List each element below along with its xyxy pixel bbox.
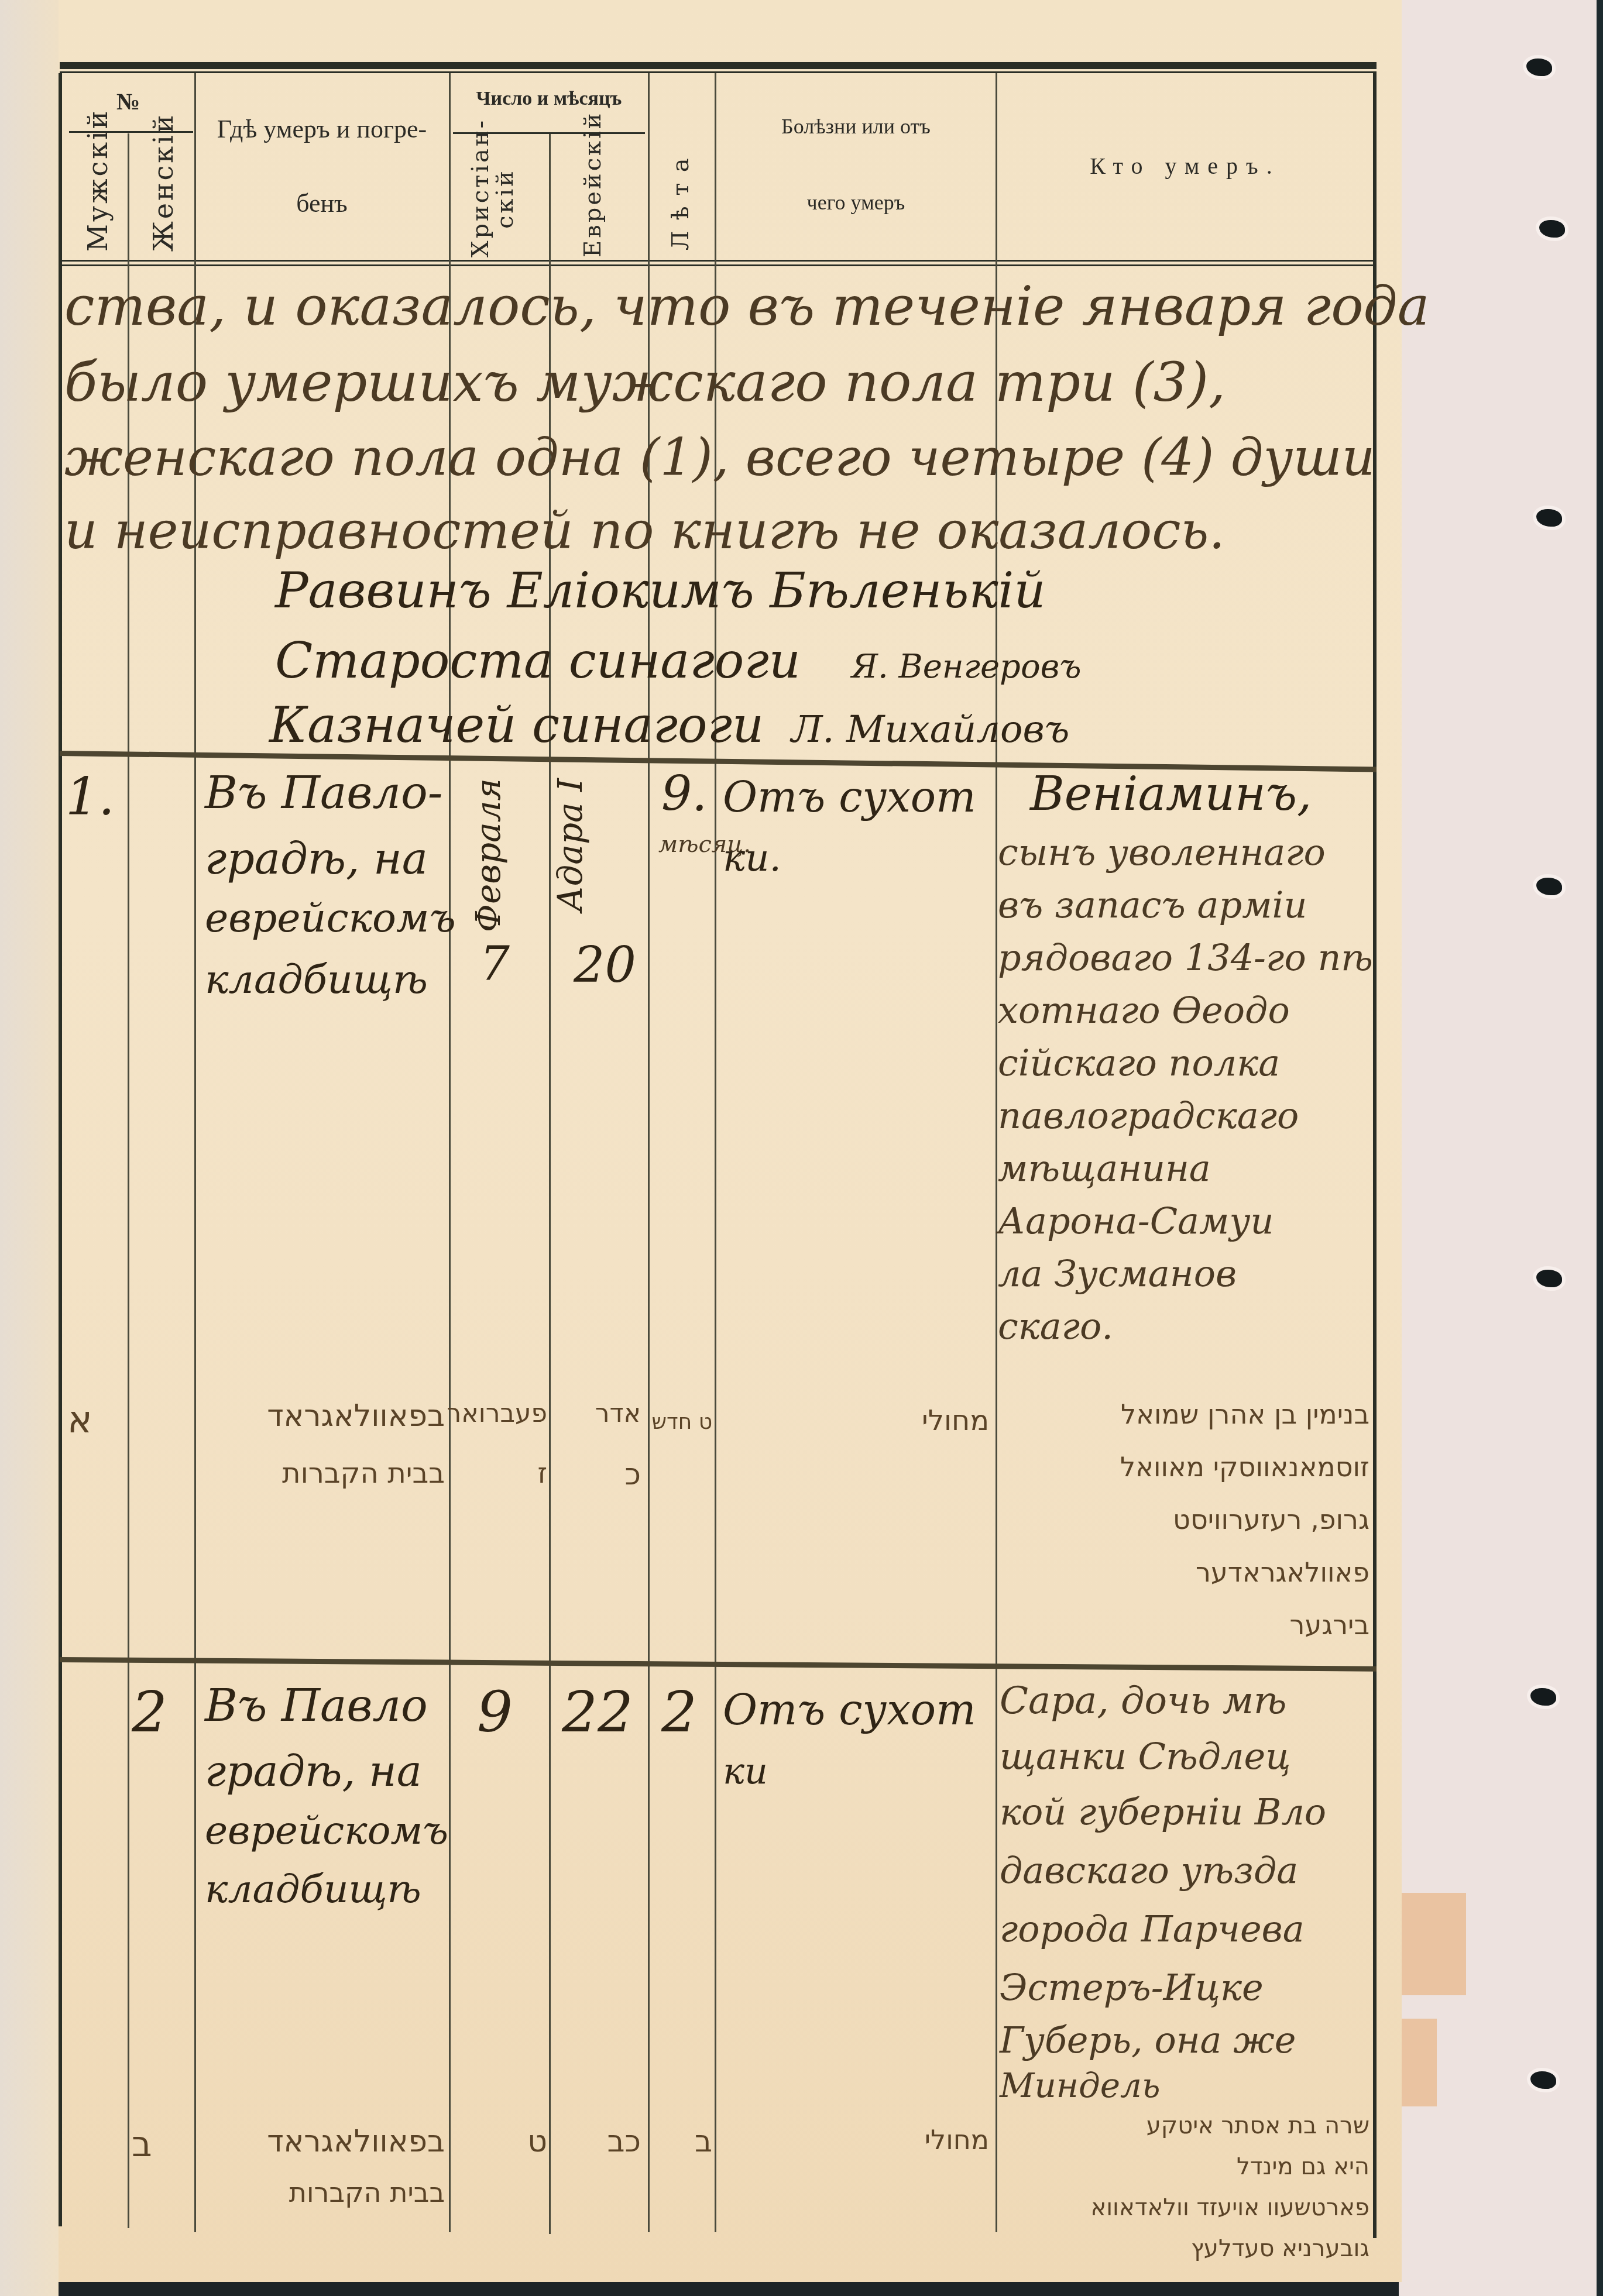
header-bottom-line xyxy=(60,264,1377,266)
place-line: еврейскомъ xyxy=(205,895,456,941)
female-number: 2 xyxy=(132,1679,167,1745)
place-line: еврейскомъ xyxy=(205,1808,448,1853)
register-page: № Мужскій Женскій Гдѣ умеръ и погре- бен… xyxy=(0,0,1402,2282)
age-value: 2 xyxy=(661,1679,697,1745)
jewish-day: 22 xyxy=(562,1679,633,1745)
place-header-line1: Гдѣ умеръ и погре- xyxy=(196,114,448,144)
cause-line: ки. xyxy=(723,837,781,880)
place-line: кладбищѣ xyxy=(205,1867,421,1912)
cause-header-line1: Болѣзни или отъ xyxy=(717,114,995,139)
male-number: 1. xyxy=(66,767,115,827)
place-line: градѣ, на xyxy=(205,834,428,884)
place-line: Въ Павло xyxy=(205,1679,428,1731)
certification-line: женскаго пола одна (1), всего четыре (4)… xyxy=(64,427,1375,487)
certification-line: и неисправностей по книгѣ не оказалось. xyxy=(64,500,1225,561)
cause-line: ки xyxy=(723,1750,768,1792)
left-border xyxy=(59,73,62,2226)
jewish-day: 20 xyxy=(574,936,636,994)
christian-day: 9 xyxy=(477,1679,513,1745)
age-value: 9. xyxy=(661,767,707,822)
cause-line: Отъ сухот xyxy=(723,1685,976,1734)
jewish-date-header: Еврейскій xyxy=(579,140,606,257)
age-header: Лѣта xyxy=(667,146,694,252)
cause-line: Отъ сухот xyxy=(723,772,976,822)
date-header: Число и мѣсяцъ xyxy=(451,88,647,110)
signature-treasurer: Казначей синагоги Л. Михайловъ xyxy=(269,696,1069,754)
right-border xyxy=(1373,73,1377,2238)
signature-elder: Староста синагоги Я. Венгеровъ xyxy=(275,632,1082,689)
repair-tape xyxy=(1402,1893,1466,1995)
header-bottom-line xyxy=(60,260,1377,262)
who-died-header: Кто умеръ. xyxy=(998,152,1372,180)
christian-date-header: Христіан- скій xyxy=(468,140,517,257)
cause-header-line2: чего умеръ xyxy=(717,190,995,215)
place-header-line2: бенъ xyxy=(196,188,448,218)
place-line: Въ Павло- xyxy=(205,767,442,819)
top-border-thin xyxy=(60,71,1377,73)
page-left-margin xyxy=(0,0,59,2296)
male-header: Мужскій xyxy=(82,146,114,252)
jewish-month: Адара I xyxy=(550,778,590,912)
repair-tape xyxy=(1402,2019,1437,2106)
signature-rabbi: Раввинъ Еліокимъ Бѣленькій xyxy=(275,562,1046,619)
binding-edge xyxy=(1597,0,1603,2296)
place-line: кладбищѣ xyxy=(205,957,428,1003)
christian-month: Февраля xyxy=(468,778,508,932)
entry-separator xyxy=(60,1657,1377,1672)
female-header: Женскій xyxy=(147,146,179,252)
certification-line: было умершихъ мужскаго пола три (3), xyxy=(64,351,1226,414)
certification-line: ства, и оказалось, что въ теченіе января… xyxy=(64,275,1430,338)
christian-day: 7 xyxy=(480,936,510,991)
top-border xyxy=(60,62,1377,69)
place-line: градѣ, на xyxy=(205,1747,422,1796)
